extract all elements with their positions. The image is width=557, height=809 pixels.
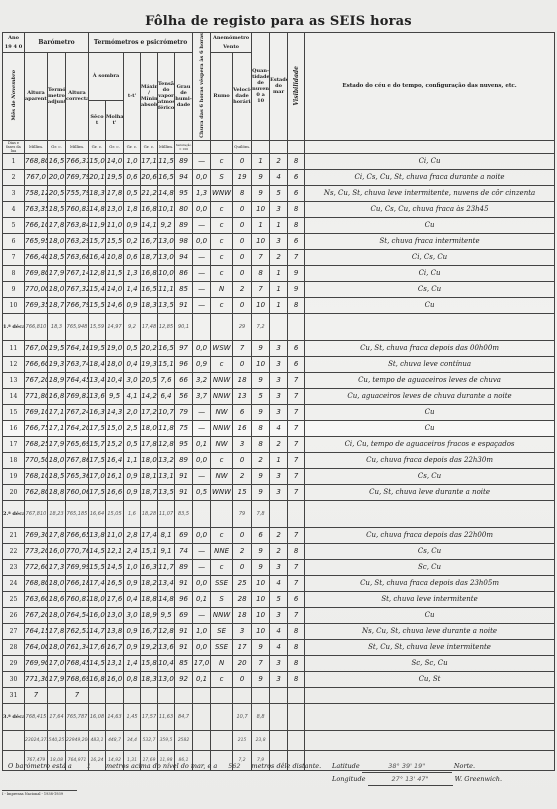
rem-cell: Ci, Cu [305,265,555,281]
day-cell: 18 [3,452,25,468]
nuv-cell: 9 [252,543,270,559]
rumo-cell: NW [211,436,233,452]
rem-cell: Cu [305,404,555,420]
chuva-cell [193,313,211,340]
bar_ap-cell: 766,10 [25,217,48,233]
bar_cor-cell: 764,45 [66,372,89,388]
hum-cell: 85 [175,281,193,297]
mol-cell: 11,5 [106,265,124,281]
hum-cell: 90,1 [175,313,193,340]
diff-cell: 0,6 [124,249,141,265]
nuv-cell: 10 [252,575,270,591]
shade-header: À sombra [89,53,124,101]
vel-cell: 15 [233,484,252,500]
hum-cell: 98 [175,233,193,249]
tens-cell: 11,7 [158,559,175,575]
mol-cell: 16,5 [106,575,124,591]
mol-cell: 16,0 [106,671,124,687]
vel-cell: 2 [233,543,252,559]
mar-cell: 2 [270,527,288,543]
bar_ap-cell: 769,80 [25,265,48,281]
hum-cell: 96 [175,591,193,607]
table-row: 24768,8018,0766,1817,416,50,918,213,4910… [3,575,555,591]
nuv-cell: 9 [252,639,270,655]
bar_ap-cell: 767,20 [25,372,48,388]
rumo-cell: S [211,591,233,607]
chuva-cell: — [193,607,211,623]
term-cell: 18,0 [48,452,66,468]
seco-cell: 15,5 [89,297,106,313]
chuva-cell: 0,9 [193,356,211,372]
vis-cell: 7 [288,388,305,404]
nuv-cell: 10 [252,233,270,249]
tens-cell: 9,1 [158,543,175,559]
nuv-cell: 8 [252,436,270,452]
chuva-cell: 17,0 [193,655,211,671]
tens-cell: 14,8 [158,591,175,607]
seco-cell: 17,0 [89,468,106,484]
mar-cell: 3 [270,607,288,623]
coordinates: Latitude 38° 39' 19" Norte. Longitude 27… [332,760,502,786]
rem-cell [305,500,555,527]
table-row: 30771,3017,9768,6916,816,00,818,313,0920… [3,671,555,687]
term-cell: 17,9 [48,671,66,687]
table-row: 28764,0018,0761,3417,616,70,919,213,6910… [3,639,555,655]
bar_cor-cell: 764,16 [66,340,89,356]
hum-cell: 94 [175,169,193,185]
bar_cor-cell: 765,787 [66,703,89,730]
hum-cell: 95 [175,436,193,452]
seco-cell: 14,7 [89,623,106,639]
vis-cell: 7 [288,559,305,575]
chuva-cell: 3,2 [193,372,211,388]
table-row: 5766,1017,8763,8411,911,00,914,19,289—c0… [3,217,555,233]
max-cell: 17,4 [141,527,158,543]
bar_ap-cell: 766,810 [25,313,48,340]
vis-cell: 7 [288,527,305,543]
bar-thermometer-header: Termó-metro adjunto [48,53,66,141]
vis-cell: 7 [288,484,305,500]
rem-cell: St, chuva leve intermitente [305,591,555,607]
seco-cell: 16,0 [89,607,106,623]
nuv-cell: 9 [252,484,270,500]
tens-cell: 13,0 [158,671,175,687]
hum-cell: 69 [175,527,193,543]
mol-cell: 15,2 [106,436,124,452]
chuva-cell [193,730,211,750]
vel-cell: 0 [233,559,252,575]
day-cell: 26 [3,607,25,623]
day-cell: 13 [3,372,25,388]
rumo-cell: c [211,153,233,169]
table-row: 29769,9017,0768,4514,513,11,415,810,4851… [3,655,555,671]
term-cell: 17,64 [48,703,66,730]
rumo-cell: WSW [211,340,233,356]
nuv-cell: 9 [252,185,270,201]
vis-cell: 6 [288,233,305,249]
rumo-cell: SSE [211,639,233,655]
seco-cell: 15,4 [89,281,106,297]
table-row: 2767,020,0769,7920,119,50,620,616,5940,0… [3,169,555,185]
vel-cell: 20 [233,655,252,671]
unit [270,140,288,153]
vis-cell: 7 [288,420,305,436]
mar-cell: 1 [270,265,288,281]
latitude-value: 38° 39' 19" [362,760,452,773]
hum-cell: 97 [175,340,193,356]
table-row: 13767,2018,9764,4513,410,43,020,57,6663,… [3,372,555,388]
nuv-cell: 23,8 [252,730,270,750]
mol-cell: 16,7 [106,639,124,655]
seco-cell: 15,5 [89,559,106,575]
bar_cor-cell: 763,29 [66,233,89,249]
mar-cell: 2 [270,436,288,452]
vis-cell: 7 [288,249,305,265]
vis-cell: 8 [288,297,305,313]
unit: Gr. c. [48,140,66,153]
max-cell: 19,2 [141,639,158,655]
tens-cell: 11,8 [158,420,175,436]
tens-cell: 9,2 [158,217,175,233]
diff-cell: 1,8 [124,201,141,217]
hum-cell: 66 [175,372,193,388]
chuva-cell: 0,0 [193,575,211,591]
table-row: 17768,2517,9765,6915,715,20,517,812,8950… [3,436,555,452]
vis-cell: 7 [288,372,305,388]
unit: Gr. c. [124,140,141,153]
term-cell: 18,0 [48,281,66,297]
vel-cell: 0 [233,249,252,265]
diff-cell: 1,6 [124,500,141,527]
remarks-header: Estado do céu e do tempo, configuração d… [305,33,555,141]
chuva-cell [193,687,211,703]
diff-cell: 0,6 [124,169,141,185]
vel-cell: 2 [233,468,252,484]
seco-cell: 20,1 [89,169,106,185]
mol-cell: 15,5 [106,233,124,249]
day-cell: 8 [3,265,25,281]
max-cell: 18,3 [141,297,158,313]
vis-cell: 6 [288,356,305,372]
mar-cell: 4 [270,420,288,436]
bar_cor-cell: 755,79 [66,185,89,201]
vel-cell: 6 [233,404,252,420]
bar-corrected-header: Altura correcta [66,53,89,141]
bar_cor-cell: 767,24 [66,404,89,420]
unit [211,140,233,153]
mar-cell: 1 [270,217,288,233]
mar-cell: 3 [270,356,288,372]
diff-cell: 0,9 [124,575,141,591]
term-cell: 18,6 [48,591,66,607]
day-cell: 1 [3,153,25,169]
mol-cell: 13,1 [106,655,124,671]
diff-cell: 1,0 [124,559,141,575]
term-cell: 18,0 [48,639,66,655]
unit: Gr. c. [89,140,106,153]
unit [252,140,270,153]
day-cell: 20 [3,484,25,500]
table-row: 16766,7517,1764,2017,515,02,518,011,875—… [3,420,555,436]
chuva-cell: — [193,153,211,169]
table-row: 26767,2018,0764,5416,013,03,018,99,569—N… [3,607,555,623]
chuva-cell: — [193,297,211,313]
day-cell: 6 [3,233,25,249]
bar_cor-cell: 769,99 [66,559,89,575]
bar_cor-cell: 767,14 [66,265,89,281]
max-cell: 18,28 [141,500,158,527]
bar-apparent-header: Altura aparente [25,53,48,141]
barometer-note: O barómetro está a 1 metros acima do nív… [8,762,321,771]
vapor-header: Tensão do vapor atmos-férico [158,53,175,141]
term-cell: 20,0 [48,169,66,185]
diff-cell: 3,0 [124,607,141,623]
day-cell: 27 [3,623,25,639]
bar_ap-cell: 770,00 [25,281,48,297]
max-cell: 17,2 [141,404,158,420]
month-header: Mês de Novembro [3,53,25,141]
term-cell: 18,5 [48,468,66,484]
rumo-cell: NNW [211,372,233,388]
unit: Quilóm. [233,140,252,153]
term-cell: 18,23 [48,500,66,527]
nuv-cell: 8 [252,265,270,281]
vel-cell: 0 [233,201,252,217]
seco-cell: 11,9 [89,217,106,233]
day-cell: 22 [3,543,25,559]
max-cell: 14,1 [141,217,158,233]
bar_ap-cell: 767,0 [25,169,48,185]
table-row: 18770,5018,0767,8617,516,41,118,013,2890… [3,452,555,468]
rem-cell: Cu, aguaceiros leves de chuva durante a … [305,388,555,404]
diff-cell: 0,9 [124,217,141,233]
vis-cell [288,500,305,527]
rem-cell: Ci, Cs, Cu [305,249,555,265]
page-title: Fôlha de registo para as SEIS horas [0,14,557,29]
vel-cell: 18 [233,372,252,388]
day-cell: 30 [3,671,25,687]
vel-cell: 25 [233,575,252,591]
seco-cell: 16,8 [89,671,106,687]
seco-cell: 14,5 [89,543,106,559]
vis-cell: 6 [288,340,305,356]
vel-cell: 0 [233,452,252,468]
rem-cell [305,313,555,340]
bar_cor-cell: 767,86 [66,452,89,468]
vel-cell: 19 [233,169,252,185]
seco-cell: 16,4 [89,249,106,265]
bar_cor-cell: 763,68 [66,249,89,265]
humidity-header: Grau de humi-dade [175,53,193,141]
rumo-cell: c [211,233,233,249]
bar_ap-cell: 770,50 [25,452,48,468]
day-cell: 12 [3,356,25,372]
mol-cell: 15,05 [106,500,124,527]
bar_cor-cell: 761,34 [66,639,89,655]
term-cell: 17,3 [48,559,66,575]
mar-cell [270,703,288,730]
chuva-cell: 0,0 [193,201,211,217]
diff-cell: 9,2 [124,313,141,340]
imprint: I - Imprensa Nacional - 1938-1939 [2,790,77,796]
tens-cell: 9,5 [158,607,175,623]
bar_cor-cell: 760,06 [66,484,89,500]
decade-summary-row: 1.ª década766,81018,3765,94815,5914,979,… [3,313,555,340]
term-cell: 17,9 [48,436,66,452]
mar-cell: 3 [270,671,288,687]
hum-cell: 86 [175,265,193,281]
mar-cell: 5 [270,591,288,607]
chuva-cell: — [193,217,211,233]
hum-cell: 91 [175,575,193,591]
vis-cell: 8 [288,655,305,671]
day-cell: 17 [3,436,25,452]
day-cell: 5 [3,217,25,233]
tens-cell: 13,4 [158,575,175,591]
mol-cell: 16,6 [106,484,124,500]
hum-cell: 80 [175,201,193,217]
bar_cor-cell: 769,81 [66,388,89,404]
nuv-cell: 9 [252,372,270,388]
seco-cell: 15,7 [89,233,106,249]
rem-cell: Cu, St, chuva fraca depois das 00h00m [305,340,555,356]
max-cell: 20,6 [141,169,158,185]
mar-cell: 4 [270,575,288,591]
bar_ap-cell: 758,12 [25,185,48,201]
bar_ap-cell: 767,20 [25,607,48,623]
chuva-cell: — [193,265,211,281]
vel-cell: 18 [233,607,252,623]
clouds-header: Quan-tidade de nuvens 0 a 10 [252,33,270,141]
vis-cell: 6 [288,185,305,201]
bar_cor-cell: 765,948 [66,313,89,340]
mar-cell: 1 [270,452,288,468]
vel-cell: 17 [233,639,252,655]
term-cell: 18,7 [48,297,66,313]
year-header: Ano19 4 0 [3,33,25,53]
max-cell: 16,8 [141,265,158,281]
rem-cell: St, Cu, St, chuva leve intermitente [305,639,555,655]
rem-cell: Cu [305,217,555,233]
vis-cell: 8 [288,623,305,639]
hum-cell: 91 [175,639,193,655]
mol-cell: 15,0 [106,420,124,436]
bar_ap-cell: 769,90 [25,655,48,671]
seco-cell: 15,7 [89,436,106,452]
vis-cell: 7 [288,468,305,484]
mar-cell: 2 [270,153,288,169]
vis-cell: 7 [288,404,305,420]
table-row: 8769,8017,9767,1412,811,51,316,810,086—c… [3,265,555,281]
term-cell: 19,5 [48,340,66,356]
hum-cell: 89 [175,559,193,575]
hum-cell: 91 [175,297,193,313]
diff-cell: 1,4 [124,655,141,671]
bar_cor-cell: 768,45 [66,655,89,671]
days-header: Dias e fases da lua [3,140,25,153]
table-row: 11767,0019,5764,1619,519,00,520,216,5970… [3,340,555,356]
chuva-cell: 0,0 [193,452,211,468]
barometer-height: 1 [74,762,104,771]
diff-cell: 4,1 [124,388,141,404]
tens-cell: 16,5 [158,340,175,356]
table-row: 3177 [3,687,555,703]
chuva-cell: 0,0 [193,340,211,356]
nuv-cell: 5 [252,388,270,404]
mol-cell: 14,5 [106,559,124,575]
rem-cell: Ci, Cs, Cu, St, chuva fraca durante a no… [305,169,555,185]
bar_cor-cell: 766,65 [66,527,89,543]
thermometers-header: Termómetros e psicrómetro [89,33,193,53]
diff-cell: 0,8 [124,671,141,687]
diff-cell: 1,45 [124,703,141,730]
nuv-cell: 10 [252,356,270,372]
tens-cell: 11,63 [158,703,175,730]
mol-cell: 10,4 [106,372,124,388]
vel-cell: 29 [233,313,252,340]
day-cell: 1.ª década [3,313,25,340]
nuv-cell: 7 [252,249,270,265]
table-row: 12766,6019,3763,7418,418,00,419,315,1960… [3,356,555,372]
hum-cell: 95 [175,185,193,201]
seco-cell: 14,8 [89,201,106,217]
nuv-cell: 10 [252,201,270,217]
day-cell: 15 [3,404,25,420]
bar_cor-cell: 770,76 [66,543,89,559]
hum-cell: 96 [175,356,193,372]
table-row: 7766,4018,5763,6816,410,80,618,713,094—c… [3,249,555,265]
rem-cell: Cu, St, chuva fraca depois das 23h05m [305,575,555,591]
rem-cell: Sc, Sc, Cu [305,655,555,671]
hum-cell: 89 [175,153,193,169]
mol-cell: 11,0 [106,527,124,543]
day-cell: 9 [3,281,25,297]
bar_cor-cell: 22949,200 [66,730,89,750]
hum-cell: 91 [175,484,193,500]
rumo-cell: NNW [211,420,233,436]
unit: Millim. [158,140,175,153]
rumo-cell: c [211,201,233,217]
max-cell: 18,9 [141,607,158,623]
max-cell: 18,7 [141,484,158,500]
vis-cell: 7 [288,436,305,452]
vis-cell: 8 [288,217,305,233]
nuv-cell [252,687,270,703]
term-cell: 16,8 [48,388,66,404]
unit [288,140,305,153]
seco-cell: 18,3 [89,185,106,201]
rumo-cell: NW [211,468,233,484]
nuv-cell: 9 [252,671,270,687]
term-cell: 17,9 [48,265,66,281]
max-cell: 14,2 [141,388,158,404]
bar_cor-cell: 766,79 [66,297,89,313]
vel-cell: 3 [233,623,252,639]
bar_cor-cell: 768,69 [66,671,89,687]
term-cell: 17,8 [48,527,66,543]
nuv-cell: 7 [252,655,270,671]
bar_ap-cell: 767,00 [25,340,48,356]
table-row: 23772,6017,3769,9915,514,51,016,311,789—… [3,559,555,575]
rem-cell [305,703,555,730]
mol-cell: 10,8 [106,249,124,265]
vis-cell: 7 [288,452,305,468]
rem-cell: Cu [305,607,555,623]
max-cell: 18,1 [141,468,158,484]
vel-cell: 0 [233,153,252,169]
mar-cell: 1 [270,281,288,297]
rumo-cell: c [211,671,233,687]
